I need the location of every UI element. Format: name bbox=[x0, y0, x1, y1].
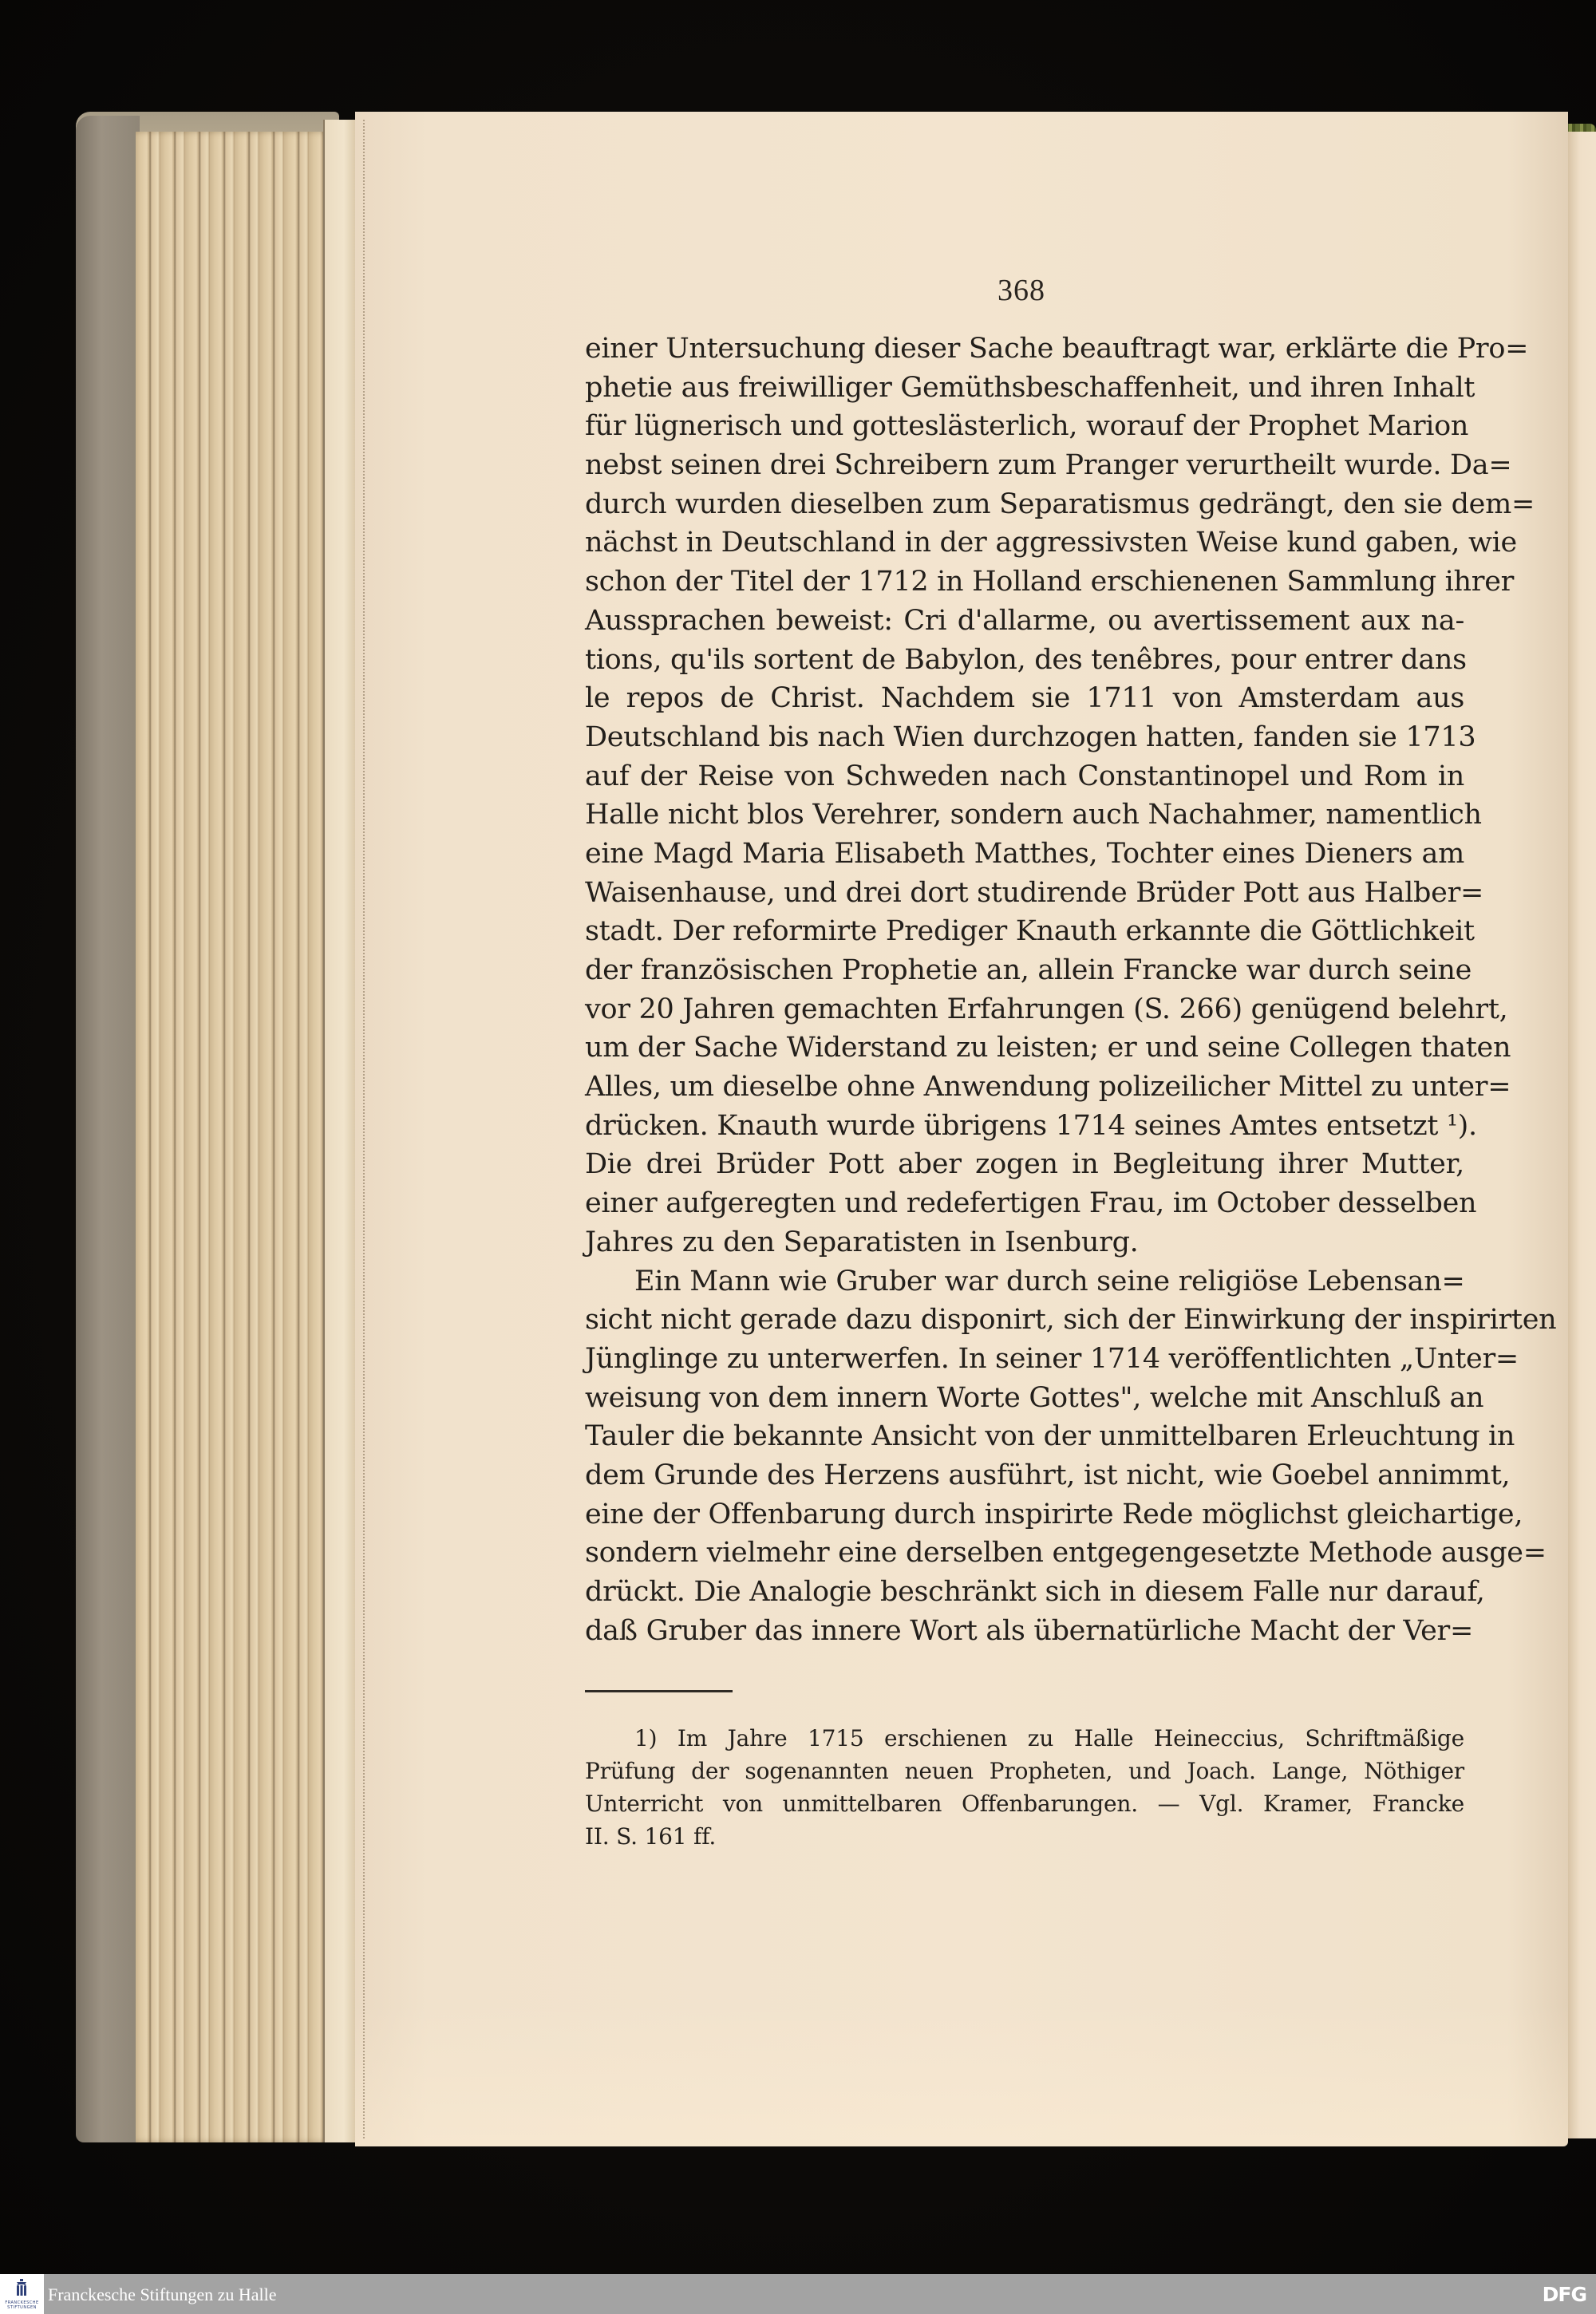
page-stack bbox=[136, 132, 355, 2142]
text-line: nächst in Deutschland in der aggressivst… bbox=[585, 523, 1464, 563]
text-line-with-footnote-ref: drücken. Knauth wurde übrigens 1714 sein… bbox=[585, 1107, 1464, 1146]
dfg-logo[interactable]: DFG bbox=[1543, 2283, 1586, 2306]
text-line: Alles, um dieselbe ohne Anwendung polize… bbox=[585, 1068, 1464, 1107]
text-line: Halle nicht blos Verehrer, sondern auch … bbox=[585, 796, 1464, 835]
footnote-line: Unterricht von unmittelbaren Offenbarung… bbox=[585, 1787, 1464, 1820]
text-line: Die drei Brüder Pott aber zogen in Begle… bbox=[585, 1145, 1464, 1184]
body-text: einer Untersuchung dieser Sache beauftra… bbox=[585, 330, 1464, 1650]
logo-text: FRANCKESCHE STIFTUNGEN bbox=[2, 2300, 42, 2310]
book-cover-board bbox=[76, 116, 140, 2142]
footnote-line: II. S. 161 ff. bbox=[585, 1820, 1464, 1853]
text-line: le repos de Christ. Nachdem sie 1711 von… bbox=[585, 679, 1464, 718]
text-line: Aussprachen beweist: Cri d'allarme, ou a… bbox=[585, 602, 1464, 641]
logo-figure-icon bbox=[15, 2279, 28, 2296]
paragraph-start-line: Ein Mann wie Gruber war durch seine reli… bbox=[585, 1262, 1464, 1301]
institution-name: Franckesche Stiftungen zu Halle bbox=[48, 2284, 277, 2305]
footnote-line: 1) Im Jahre 1715 erschienen zu Halle Hei… bbox=[585, 1722, 1464, 1755]
text-line: der französischen Prophetie an, allein F… bbox=[585, 951, 1464, 990]
text-line: einer Untersuchung dieser Sache beauftra… bbox=[585, 330, 1464, 369]
paragraph-end-line: Jahres zu den Separatisten in Isenburg. bbox=[585, 1223, 1464, 1262]
text-line: stadt. Der reformirte Prediger Knauth er… bbox=[585, 912, 1464, 951]
text-line: Tauler die bekannte Ansicht von der unmi… bbox=[585, 1417, 1464, 1456]
text-line: Deutschland bis nach Wien durchzogen hat… bbox=[585, 718, 1464, 757]
text-line: weisung von dem innern Worte Gottes", we… bbox=[585, 1379, 1464, 1418]
text-line: sondern vielmehr eine derselben entgegen… bbox=[585, 1534, 1464, 1573]
text-line: einer aufgeregten und redefertigen Frau,… bbox=[585, 1184, 1464, 1223]
text-line: auf der Reise von Schweden nach Constant… bbox=[585, 757, 1464, 796]
footnote: 1) Im Jahre 1715 erschienen zu Halle Hei… bbox=[585, 1722, 1464, 1853]
text-line: nebst seinen drei Schreibern zum Pranger… bbox=[585, 446, 1464, 485]
text-line: Jünglinge zu unterwerfen. In seiner 1714… bbox=[585, 1340, 1464, 1379]
text-line: dem Grunde des Herzens ausführt, ist nic… bbox=[585, 1456, 1464, 1495]
next-page-edge bbox=[1566, 132, 1596, 2138]
text-line: für lügnerisch und gotteslästerlich, wor… bbox=[585, 407, 1464, 446]
footnote-separator bbox=[585, 1690, 733, 1692]
text-line: phetie aus freiwilliger Gemüthsbeschaffe… bbox=[585, 369, 1464, 408]
text-line: daß Gruber das innere Wort als übernatür… bbox=[585, 1612, 1464, 1651]
page-stack-edge bbox=[323, 120, 357, 2142]
page-gutter-line bbox=[363, 120, 365, 2138]
text-line: durch wurden dieselben zum Separatismus … bbox=[585, 485, 1464, 524]
text-line: tions, qu'ils sortent de Babylon, des te… bbox=[585, 641, 1464, 680]
text-line: schon der Titel der 1712 in Holland ersc… bbox=[585, 563, 1464, 602]
viewer-footer-bar: FRANCKESCHE STIFTUNGEN Franckesche Stift… bbox=[0, 2274, 1596, 2314]
text-line: eine Magd Maria Elisabeth Matthes, Tocht… bbox=[585, 835, 1464, 874]
page-number: 368 bbox=[942, 273, 1101, 308]
text-line: drückt. Die Analogie beschränkt sich in … bbox=[585, 1573, 1464, 1612]
text-line: Waisenhause, und drei dort studirende Br… bbox=[585, 874, 1464, 913]
text-line: sicht nicht gerade dazu disponirt, sich … bbox=[585, 1301, 1464, 1340]
footnote-line: Prüfung der sogenannten neuen Propheten,… bbox=[585, 1755, 1464, 1787]
text-line: vor 20 Jahren gemachten Erfahrungen (S. … bbox=[585, 990, 1464, 1029]
text-line: eine der Offenbarung durch inspirirte Re… bbox=[585, 1495, 1464, 1534]
franckesche-stiftungen-logo[interactable]: FRANCKESCHE STIFTUNGEN bbox=[0, 2274, 44, 2314]
text-line: um der Sache Widerstand zu leisten; er u… bbox=[585, 1029, 1464, 1068]
